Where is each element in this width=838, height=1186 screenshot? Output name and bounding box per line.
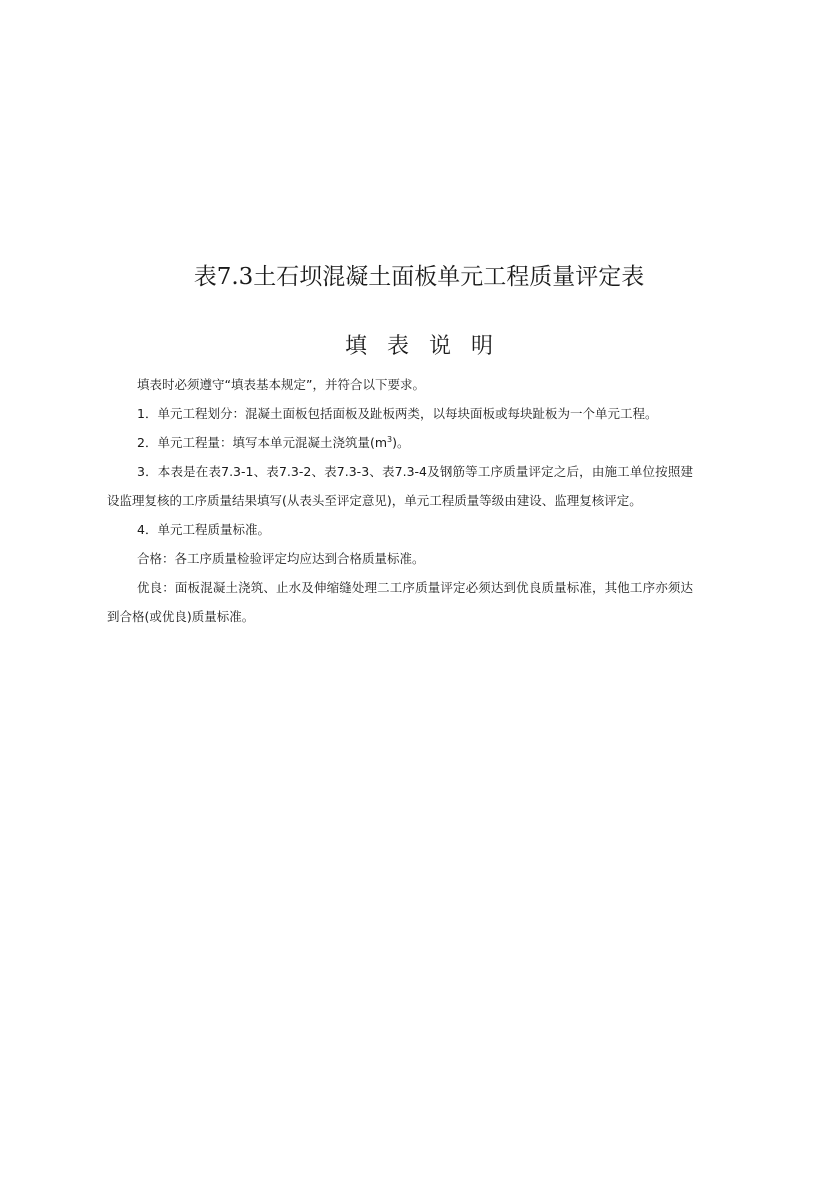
instructions-body: 填表时必须遵守“填表基本规定”，并符合以下要求。 1．单元工程划分：混凝土面板包… (107, 370, 693, 631)
paragraph-intro: 填表时必须遵守“填表基本规定”，并符合以下要求。 (107, 370, 693, 399)
paragraph-table-usage: 3．本表是在表7.3-1、表7.3-2、表7.3-3、表7.3-4及钢筋等工序质… (107, 457, 693, 515)
document-title: 表7.3土石坝混凝土面板单元工程质量评定表 (0, 262, 838, 292)
document-page: 表7.3土石坝混凝土面板单元工程质量评定表 填表说明 填表时必须遵守“填表基本规… (0, 0, 838, 1186)
paragraph-pass-criteria: 合格：各工序质量检验评定均应达到合格质量标准。 (107, 544, 693, 573)
section-heading-instructions: 填表说明 (0, 333, 838, 361)
paragraph-unit-quantity: 2．单元工程量：填写本单元混凝土浇筑量(m3)。 (107, 428, 693, 457)
paragraph-unit-division: 1．单元工程划分：混凝土面板包括面板及趾板两类，以每块面板或每块趾板为一个单元工… (107, 399, 693, 428)
unit-quantity-text: 2．单元工程量：填写本单元混凝土浇筑量(m (137, 435, 387, 450)
paragraph-excellent-criteria: 优良：面板混凝土浇筑、止水及伸缩缝处理二工序质量评定必须达到优良质量标准，其他工… (107, 573, 693, 631)
paragraph-quality-standard: 4．单元工程质量标准。 (107, 515, 693, 544)
unit-quantity-text-end: )。 (392, 435, 409, 450)
